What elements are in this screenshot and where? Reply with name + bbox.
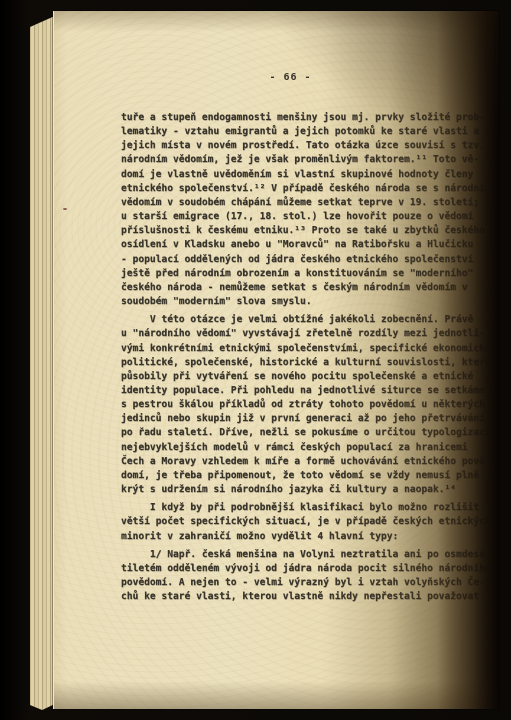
page-text-block: tuře a stupeň endogamnosti menšiny jsou … <box>121 111 499 608</box>
book-page: - 66 - tuře a stupeň endogamnosti menšin… <box>53 11 499 709</box>
paragraph-3: I když by při podrobnější klasifikaci by… <box>121 501 499 543</box>
paper-speck <box>63 208 67 210</box>
paragraph-2: V této otázce je velmi obtížné jakékoli … <box>121 313 499 497</box>
paragraph-1: tuře a stupeň endogamnosti menšiny jsou … <box>121 111 499 309</box>
paragraph-4: 1/ Např. česká menšina na Volyni neztrat… <box>121 548 499 605</box>
page-number: - 66 - <box>121 72 493 83</box>
scanned-book-photo: - 66 - tuře a stupeň endogamnosti menšin… <box>0 0 511 720</box>
